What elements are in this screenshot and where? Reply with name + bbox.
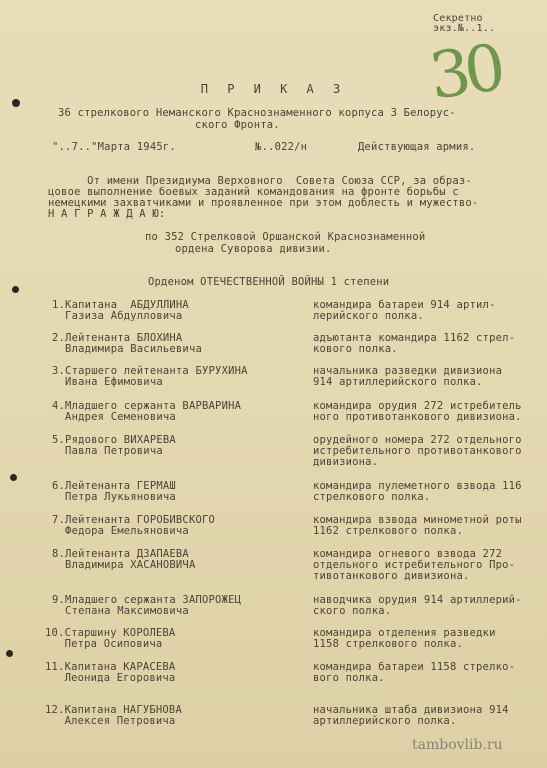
punch-hole-mark: [6, 650, 13, 657]
awardee-11: 11.Капитана КАРАСЕВА Леонида Егоровича: [45, 662, 175, 684]
punch-hole-mark: [12, 286, 19, 293]
order-date: "..7.."Марта 1945г.: [52, 142, 176, 153]
awardee-1: 1.Капитана АБДУЛЛИНА Газиза Абдулловича: [52, 300, 189, 322]
awardee-1-position: командира батареи 914 артил- лерийского …: [313, 300, 496, 322]
awardee-6: 6.Лейтенанта ГЕРМАШ Петра Лукьяновича: [52, 481, 176, 503]
division-line-1: по 352 Стрелковой Оршанской Краснознамен…: [145, 232, 425, 243]
handwritten-page-number: 30: [425, 32, 504, 115]
document-page: Секретно экз.№..1.. 30 П Р И К А З 36 ст…: [0, 0, 547, 768]
preamble: От имени Президиума Верховного Совета Со…: [48, 176, 478, 220]
order-name: Орденом ОТЕЧЕСТВЕННОЙ ВОЙНЫ 1 степени: [148, 277, 389, 288]
subtitle-line-2: ского Фронта.: [195, 120, 280, 131]
awardee-2-position: адъютанта командира 1162 стрел- кового п…: [313, 333, 515, 355]
awardee-12-position: начальника штаба дивизиона 914 артиллери…: [313, 705, 509, 727]
awardee-5: 5.Рядового ВИХАРЕВА Павла Петровича: [52, 435, 176, 457]
awardee-4: 4.Младшего сержанта ВАРВАРИНА Андрея Сем…: [52, 401, 241, 423]
awardee-3: 3.Старшего лейтенанта БУРУХИНА Ивана Ефи…: [52, 366, 248, 388]
awardee-10: 10.Старшину КОРОЛЕВА Петра Осиповича: [45, 628, 175, 650]
subtitle-line-1: 36 стрелкового Неманского Краснознаменно…: [58, 108, 456, 119]
secrecy-stamp: Секретно экз.№..1..: [433, 14, 495, 34]
order-number: №..022/н: [255, 142, 307, 153]
awardee-7: 7.Лейтенанта ГОРОБИВСКОГО Федора Емельян…: [52, 515, 215, 537]
awardee-9: 9.Младшего сержанта ЗАПОРОЖЕЦ Степана Ма…: [52, 595, 241, 617]
document-title: П Р И К А З: [0, 84, 547, 95]
watermark: tambovlib.ru: [412, 737, 503, 753]
punch-hole-mark: [10, 474, 17, 481]
awardee-4-position: командира орудия 272 истребитель ного пр…: [313, 401, 522, 423]
awardee-9-position: наводчика орудия 914 артиллерий- ского п…: [313, 595, 522, 617]
division-line-2: ордена Суворова дивизии.: [175, 244, 332, 255]
awardee-6-position: командира пулеметного взвода 116 стрелко…: [313, 481, 522, 503]
awardee-10-position: командира отделения разведки 1158 стрелк…: [313, 628, 496, 650]
awardee-8-position: командира огневого взвода 272 отдельного…: [313, 549, 515, 582]
awardee-3-position: начальника разведки дивизиона 914 артилл…: [313, 366, 502, 388]
awardee-12: 12.Капитана НАГУБНОВА Алексея Петровича: [45, 705, 182, 727]
awardee-8: 8.Лейтенанта ДЗАПАЕВА Владимира ХАСАНОВИ…: [52, 549, 195, 571]
punch-hole-mark: [12, 99, 20, 107]
awardee-5-position: орудейного номера 272 отдельного истреби…: [313, 435, 522, 468]
awardee-11-position: командира батареи 1158 стрелко- вого пол…: [313, 662, 515, 684]
awardee-2: 2.Лейтенанта БЛОХИНА Владимира Васильеви…: [52, 333, 202, 355]
order-location: Действующая армия.: [358, 142, 475, 153]
awardee-7-position: командира взвода минометной роты 1162 ст…: [313, 515, 522, 537]
